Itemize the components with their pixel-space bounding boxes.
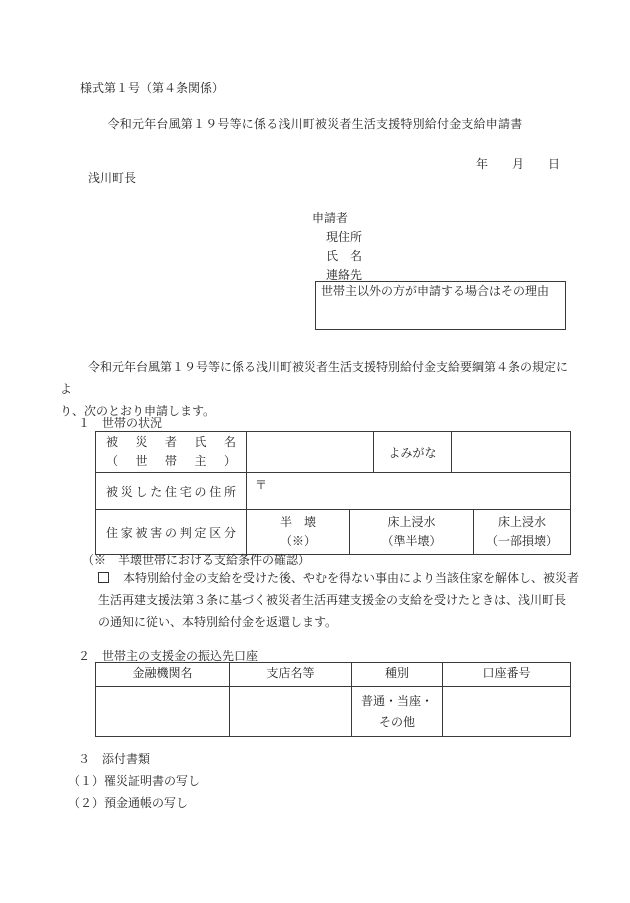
applicant-label: 申請者 xyxy=(312,209,362,228)
applicant-field-name: 氏 名 xyxy=(326,247,362,266)
damage-category-label-cell: 住家被害の判定区分 xyxy=(96,510,246,554)
intro-line-1: 令和元年台風第１９号等に係る浅川町被災者生活支援特別給付金支給要綱第４条の規定に… xyxy=(60,356,574,400)
yomigana-label-cell: よみがな xyxy=(373,432,451,472)
bank-header-branch: 支店名等 xyxy=(229,663,351,686)
confirmation-line-3: の通知に従い、本特別給付金を返還します。 xyxy=(98,611,579,633)
household-status-table: 被災者氏名 （世帯主） よみがな 被災した住宅の住所 〒 住家被害の判定区分 半… xyxy=(95,431,571,555)
damage-option-flood-partial[interactable]: 床上浸水 （一部損壊） xyxy=(473,510,570,554)
damaged-address-label-cell: 被災した住宅の住所 xyxy=(96,473,246,509)
confirmation-line-2: 生活再建支援法第３条に基づく被災者生活再建支援金の支給を受けたときは、浅川町長 xyxy=(98,589,579,611)
applicant-field-address: 現住所 xyxy=(326,228,362,247)
form-number: 様式第１号（第４条関係） xyxy=(80,79,224,96)
damage-option-3-line1: 床上浸水 xyxy=(498,513,546,532)
account-type-line1: 普通・当座・ xyxy=(361,691,433,712)
attachment-item-2: （２）預金通帳の写し xyxy=(68,792,200,814)
table-row-victim-name: 被災者氏名 （世帯主） よみがな xyxy=(96,432,570,472)
victim-name-label-cell: 被災者氏名 （世帯主） xyxy=(96,432,246,472)
section3-heading: ３ 添付書類 xyxy=(78,750,150,767)
victim-name-label-line2: （世帯主） xyxy=(106,452,236,471)
victim-name-label-line1: 被災者氏名 xyxy=(106,433,236,452)
damage-category-label: 住家被害の判定区分 xyxy=(106,524,236,541)
damage-option-1-line2: （※） xyxy=(280,532,316,551)
bank-account-table: 金融機関名 支店名等 種別 口座番号 普通・当座・ その他 xyxy=(95,662,571,737)
damaged-address-input-cell[interactable]: 〒 xyxy=(246,473,570,509)
damage-option-2-line1: 床上浸水 xyxy=(387,513,435,532)
damage-option-1-line1: 半 壊 xyxy=(280,513,316,532)
bank-header-account-number: 口座番号 xyxy=(442,663,570,686)
damage-option-half-destroyed[interactable]: 半 壊 （※） xyxy=(246,510,349,554)
damage-option-flood-semi[interactable]: 床上浸水 （準半壊） xyxy=(349,510,473,554)
page-title: 令和元年台風第１９号等に係る浅川町被災者生活支援特別給付金支給申請書 xyxy=(0,115,630,132)
applicant-block: 申請者 現住所 氏 名 連絡先 xyxy=(312,209,362,285)
bank-table-data-row: 普通・当座・ その他 xyxy=(96,686,570,736)
yomigana-input-cell[interactable] xyxy=(451,432,570,472)
half-destroyed-note: （※ 半壊世帯における支給条件の確認） xyxy=(82,551,310,568)
section1-heading: １ 世帯の状況 xyxy=(78,414,162,431)
damage-option-3-line2: （一部損壊） xyxy=(486,532,558,551)
yomigana-label: よみがな xyxy=(388,444,436,461)
attachment-item-1: （１）罹災証明書の写し xyxy=(68,770,200,792)
date-line: 年 月 日 xyxy=(476,155,560,172)
damage-option-2-line2: （準半壊） xyxy=(381,532,441,551)
bank-account-type-options[interactable]: 普通・当座・ その他 xyxy=(351,687,442,736)
confirmation-line-1: 本特別給付金の支給を受けた後、やむを得ない事由により当該住家を解体し、被災者 xyxy=(98,567,579,589)
bank-account-number-input-cell[interactable] xyxy=(442,687,570,736)
table-row-damaged-address: 被災した住宅の住所 〒 xyxy=(96,472,570,509)
attachments-list: （１）罹災証明書の写し （２）預金通帳の写し xyxy=(68,770,200,814)
bank-header-institution: 金融機関名 xyxy=(96,663,229,686)
account-type-line2: その他 xyxy=(379,712,415,733)
damaged-address-label: 被災した住宅の住所 xyxy=(106,483,236,500)
application-form-page: 様式第１号（第４条関係） 令和元年台風第１９号等に係る浅川町被災者生活支援特別給… xyxy=(0,0,630,903)
victim-name-input-cell[interactable] xyxy=(246,432,373,472)
bank-header-type: 種別 xyxy=(351,663,442,686)
bank-institution-input-cell[interactable] xyxy=(96,687,229,736)
confirmation-text-1: 本特別給付金の支給を受けた後、やむを得ない事由により当該住家を解体し、被災者 xyxy=(123,571,579,585)
bank-table-header-row: 金融機関名 支店名等 種別 口座番号 xyxy=(96,663,570,686)
non-householder-reason-box[interactable]: 世帯主以外の方が申請する場合はその理由 xyxy=(315,281,566,330)
table-row-damage-category: 住家被害の判定区分 半 壊 （※） 床上浸水 （準半壊） 床上浸水 （一部損壊） xyxy=(96,509,570,554)
reason-box-label: 世帯主以外の方が申請する場合はその理由 xyxy=(321,284,549,298)
addressee: 浅川町長 xyxy=(88,169,136,186)
intro-paragraph: 令和元年台風第１９号等に係る浅川町被災者生活支援特別給付金支給要綱第４条の規定に… xyxy=(60,356,574,422)
postal-mark: 〒 xyxy=(255,478,267,492)
bank-branch-input-cell[interactable] xyxy=(229,687,351,736)
confirmation-checkbox[interactable] xyxy=(98,572,109,583)
confirmation-block: 本特別給付金の支給を受けた後、やむを得ない事由により当該住家を解体し、被災者 生… xyxy=(98,567,579,633)
